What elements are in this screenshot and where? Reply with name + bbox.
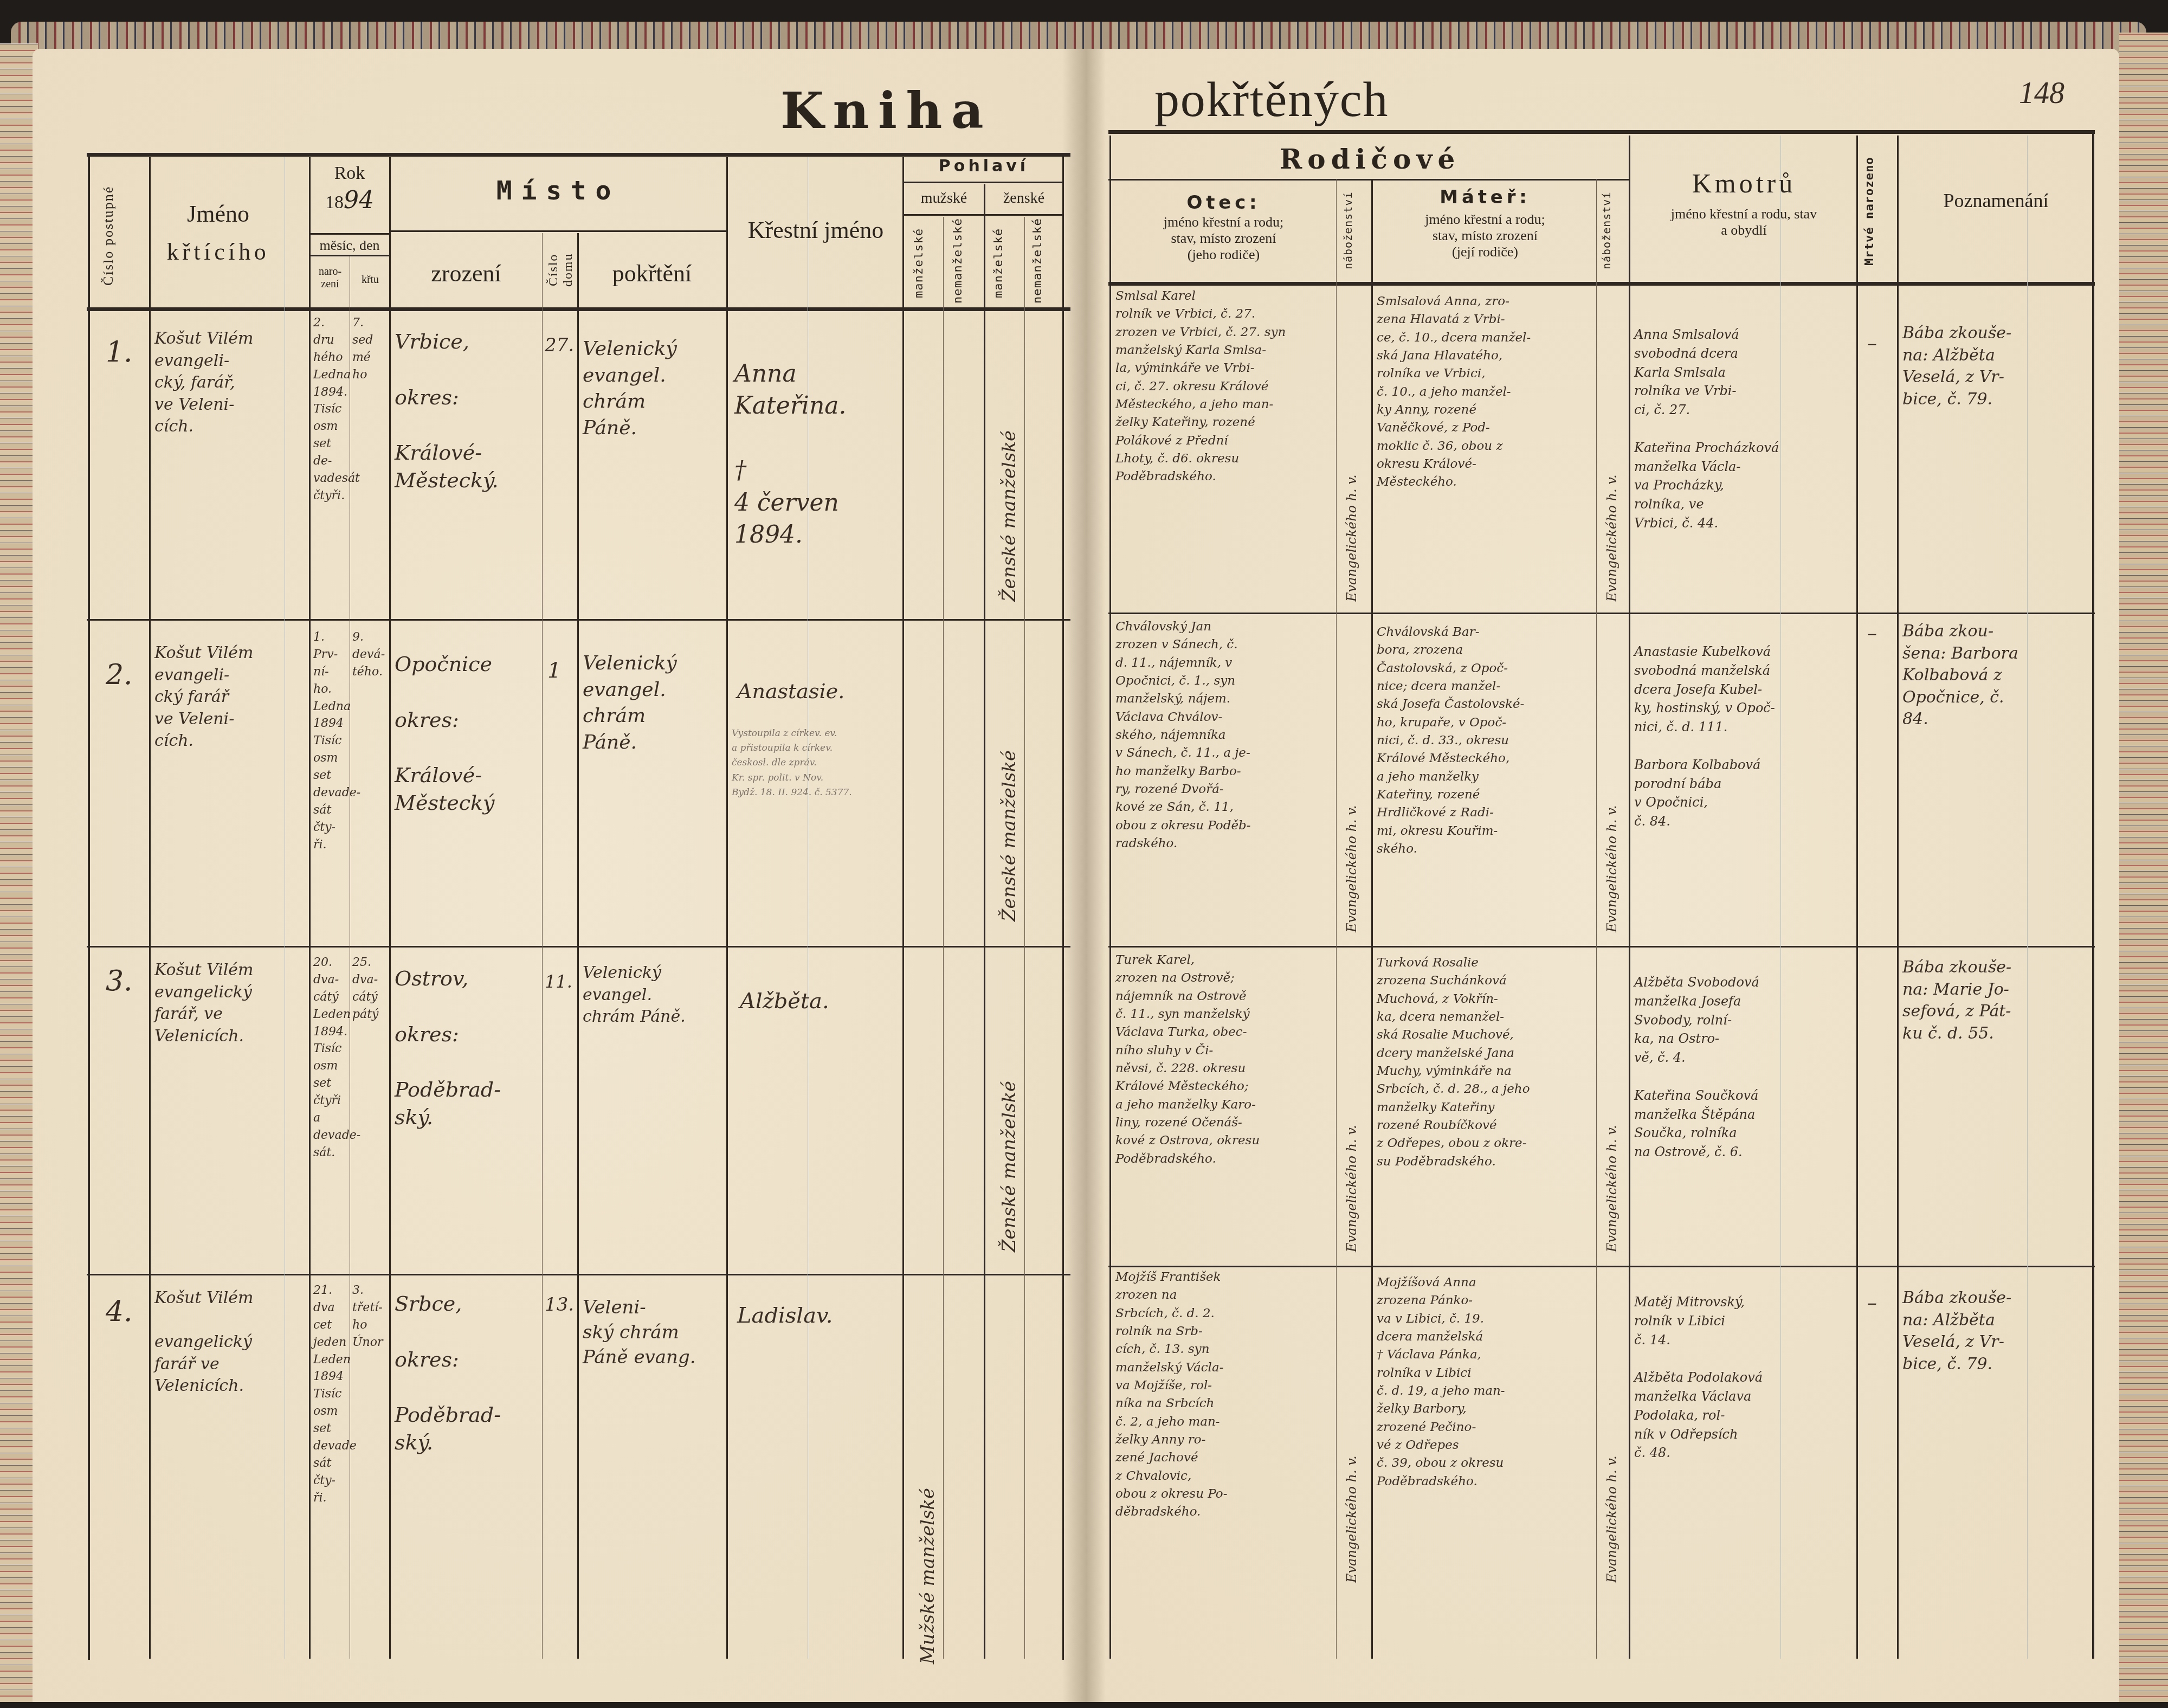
header-male-illegit: nemanželské xyxy=(951,222,978,304)
house-number: 13. xyxy=(545,1293,577,1318)
header-krtu: křtu xyxy=(351,274,389,286)
header-kmotru: Kmotrů xyxy=(1631,168,1856,199)
header-pokrteni: pokřtění xyxy=(579,260,725,288)
header-pohlavi: Pohlaví xyxy=(905,157,1062,176)
father-religion: Evangelického h. v. xyxy=(1343,959,1360,1252)
officiant: Košut Vilém evangeli- cký, farář, ve Vel… xyxy=(154,328,285,438)
father-religion: Evangelického h. v. xyxy=(1343,1279,1360,1583)
given-name: Ladislav. xyxy=(737,1301,900,1330)
header-kmotru-desc: jméno křestní a rodu, stav a obydlí xyxy=(1631,206,1856,239)
father-religion: Evangelického h. v. xyxy=(1343,629,1360,932)
book-gutter xyxy=(1062,49,1106,1702)
sex-entry: Ženské manželské xyxy=(997,970,1022,1252)
header-female-legit: manželské xyxy=(992,222,1019,304)
father-religion: Evangelického h. v. xyxy=(1343,298,1360,602)
baptism-date: 7. sed mé ho xyxy=(352,314,389,384)
baptism-date: 9. devá- tého. xyxy=(352,629,389,681)
header-narozeni: naro- zení xyxy=(311,266,350,291)
baptism-place: Veleni- ský chrám Páně evang. xyxy=(583,1295,726,1370)
page-edges-right xyxy=(2119,33,2168,1702)
birth-date: 2. dru hého Ledna 1894. Tisíc osm set de… xyxy=(313,314,351,505)
officiant: Košut Vilém evangelický farář, ve Veleni… xyxy=(154,959,285,1047)
year-prefix: 18 xyxy=(325,192,344,212)
entry-number: 4. xyxy=(106,1295,133,1328)
given-name: Anastasie. xyxy=(737,678,900,705)
entry-number: 2. xyxy=(106,659,133,691)
sex-entry: Mužské manželské xyxy=(916,1317,941,1664)
stillborn: – xyxy=(1867,1290,1877,1317)
title-left: Kniha xyxy=(780,81,992,140)
stillborn: – xyxy=(1867,331,1877,357)
title-right: pokřtěných xyxy=(1154,70,1389,128)
header-otec-desc: jméno křestní a rodu; stav, místo zrozen… xyxy=(1111,214,1336,263)
godparents: Alžběta Svobodová manželka Josefa Svobod… xyxy=(1634,973,1856,1162)
header-poznamenani: Poznamenání xyxy=(1900,190,2092,212)
pencil-note: Vystoupila z církev. ev. a přistoupila k… xyxy=(732,726,900,800)
birth-date: 21. dva cet jeden Leden 1894 Tisíc osm s… xyxy=(313,1282,351,1507)
birth-place: Vrbice, okres: Králové- Městecký. xyxy=(395,328,541,495)
officiant: Košut Vilém evangeli- cký farář ve Velen… xyxy=(154,642,285,752)
book-spread: Kniha pokřtěných 148 Číslo postupné Jmén… xyxy=(0,0,2168,1708)
header-nabozenstvi-otec: náboženství xyxy=(1341,184,1369,276)
header-mater-desc: jméno křestní a rodu; stav, místo zrozen… xyxy=(1374,211,1596,260)
mother: Mojžíšová Anna zrozena Pánko- va v Libic… xyxy=(1377,1274,1596,1491)
baptism-place: Velenický evangel. chrám Páně. xyxy=(583,962,726,1028)
baptism-place: Velenický evangel. chrám Páně. xyxy=(583,650,726,756)
godparents: Anna Smlsalová svobodná dcera Karla Smls… xyxy=(1634,325,1856,533)
year-value: 94 xyxy=(344,186,374,214)
sex-entry: Ženské manželské xyxy=(997,640,1022,921)
birth-place: Opočnice okres: Králové- Městecký xyxy=(395,650,541,817)
stillborn: – xyxy=(1867,621,1877,647)
header-mater: Máteř: xyxy=(1374,187,1596,208)
header-mrtve-narozeno: Mrtvé narozeno xyxy=(1863,146,1890,276)
house-number: 1 xyxy=(547,656,577,685)
baptism-date: 3. třetí- ho Únor xyxy=(352,1282,389,1351)
remarks: Bába zkou- šena: Barbora Kolbabová z Opo… xyxy=(1902,621,2087,731)
house-number: 11. xyxy=(545,970,577,994)
header-male-legit: manželské xyxy=(912,222,939,304)
birth-place: Srbce, okres: Poděbrad- ský. xyxy=(395,1290,541,1457)
given-name: Alžběta. xyxy=(740,987,902,1016)
birth-date: 1. Prv- ní- ho. Ledna 1894 Tisíc osm set… xyxy=(313,629,351,854)
remarks: Bába zkouše- na: Alžběta Veselá, z Vr- b… xyxy=(1902,1287,2087,1375)
sex-entry: Ženské manželské xyxy=(997,331,1022,602)
godparents: Anastasie Kubelková svobodná manželská d… xyxy=(1634,642,1856,831)
remarks: Bába zkouše- na: Alžběta Veselá, z Vr- b… xyxy=(1902,323,2087,410)
mother-religion: Evangelického h. v. xyxy=(1603,298,1621,602)
remarks: Bába zkouše- na: Marie Jo- sefová, z Pát… xyxy=(1902,957,2087,1045)
header-rodicove: Rodičové xyxy=(1111,144,1629,175)
header-zrozeni: zrození xyxy=(390,260,542,288)
father: Smlsal Karel rolník ve Vrbici, č. 27. zr… xyxy=(1115,287,1335,486)
header-muzske: mužské xyxy=(904,190,984,207)
header-zenske: ženské xyxy=(985,190,1062,207)
page-number: 148 xyxy=(2019,76,2064,111)
mother: Chválovská Bar- bora, zrozena Častolovsk… xyxy=(1377,623,1596,858)
mother: Turková Rosalie zrozena Suchánková Mucho… xyxy=(1377,954,1596,1171)
header-misto: Místo xyxy=(390,176,726,206)
godparents: Matěj Mitrovský, rolník v Libici č. 14. … xyxy=(1634,1293,1856,1462)
father: Mojžíš František zrozen na Srbcích, č. d… xyxy=(1115,1268,1335,1522)
given-name: Anna Kateřina. † 4 červen 1894. xyxy=(734,358,902,551)
header-cislo-postupne: Číslo postupné xyxy=(100,179,133,293)
header-otec: Otec: xyxy=(1111,192,1336,214)
header-krestni-jmeno: Křestní jméno xyxy=(729,217,902,244)
entry-number: 1. xyxy=(106,336,133,369)
header-rok-year: 1894 xyxy=(312,187,388,215)
birth-place: Ostrov, okres: Poděbrad- ský. xyxy=(395,965,541,1132)
header-rok: Rok xyxy=(312,163,388,184)
entry-number: 3. xyxy=(106,965,133,997)
officiant: Košut Vilém evangelický farář ve Velenic… xyxy=(154,1287,285,1397)
father: Chválovský Jan zrozen v Sánech, č. d. 11… xyxy=(1115,618,1335,853)
mother: Smlsalová Anna, zro- zena Hlavatá z Vrbi… xyxy=(1377,293,1596,492)
header-female-illegit: nemanželské xyxy=(1031,222,1058,304)
mother-religion: Evangelického h. v. xyxy=(1603,629,1621,932)
baptism-place: Velenický evangel. chrám Páně. xyxy=(583,336,726,441)
header-mesic-den: měsíc, den xyxy=(312,237,388,254)
birth-date: 20. dva- cátý Leden 1894. Tisíc osm set … xyxy=(313,954,351,1162)
father: Turek Karel, zrozen na Ostrově; nájemník… xyxy=(1115,951,1335,1168)
header-jmeno: Jméno xyxy=(152,201,285,228)
house-number: 27. xyxy=(545,333,577,358)
baptism-date: 25. dva- cátý pátý xyxy=(352,954,389,1023)
header-nabozenstvi-mater: náboženství xyxy=(1600,184,1627,276)
header-cislo-domu: Číslo domu xyxy=(546,239,573,301)
mother-religion: Evangelického h. v. xyxy=(1603,959,1621,1252)
header-krticiho: křtícího xyxy=(152,239,285,266)
mother-religion: Evangelického h. v. xyxy=(1603,1279,1621,1583)
